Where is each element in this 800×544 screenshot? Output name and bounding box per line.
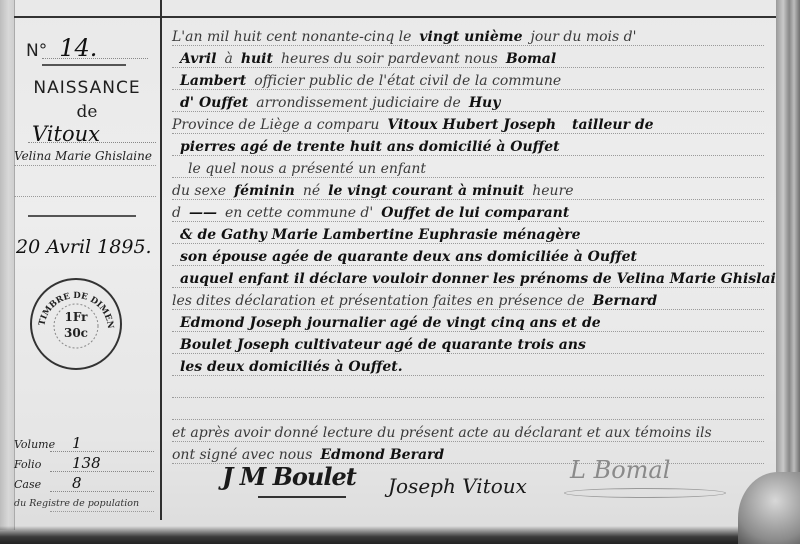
register-value: 138 <box>72 454 101 472</box>
body-line: les deux domiciliés à Ouffet. <box>172 356 764 378</box>
handwritten-text: auquel enfant il déclare vouloir donner … <box>180 271 795 287</box>
handwritten-text: d' Ouffet <box>180 95 248 111</box>
handwritten-text: Edmond Berard <box>320 447 444 463</box>
body-line: le quel nous a présenté un enfant <box>172 158 764 180</box>
register-volume: Volume 1 <box>14 438 156 451</box>
handwritten-text: son épouse agée de quarante deux ans dom… <box>180 249 637 265</box>
handwritten-text: Vitoux Hubert Joseph <box>387 117 556 133</box>
printed-text: Province de Liège a comparu <box>172 117 379 133</box>
stamp-value-centimes: 30c <box>32 326 120 340</box>
printed-text: du sexe <box>172 183 226 199</box>
body-line: d' Ouffetarrondissement judiciaire deHuy <box>172 92 764 114</box>
margin-column-rule <box>160 0 162 520</box>
handwritten-text: pierres agé de trente huit ans domicilié… <box>180 139 560 155</box>
signature-officer: L Bomal <box>570 456 670 484</box>
page-bottom-edge <box>0 526 800 544</box>
handwritten-text: —— <box>189 205 217 221</box>
signature-flourish <box>258 496 346 498</box>
printed-text: le quel nous a présenté un enfant <box>188 161 426 177</box>
dotted-line <box>14 196 156 197</box>
handwritten-text: tailleur de <box>572 117 654 133</box>
body-line: auquel enfant il déclare vouloir donner … <box>172 268 764 290</box>
printed-text: à <box>224 51 232 67</box>
body-line <box>172 400 764 422</box>
body-line: Edmond Joseph journalier agé de vingt ci… <box>172 312 764 334</box>
signature-witness: J M Boulet <box>222 462 356 491</box>
register-folio: Folio 138 <box>14 458 156 471</box>
acte-number-line <box>42 58 148 59</box>
printed-text: d <box>172 205 181 221</box>
body-line: les dites déclaration et présentation fa… <box>172 290 764 312</box>
handwritten-text: huit <box>241 51 273 67</box>
printed-text: L'an mil huit cent nonante-cinq le <box>172 29 411 45</box>
body-line: du sexefémininnéle vingt courant à minui… <box>172 180 764 202</box>
register-label: Case <box>14 478 41 491</box>
given-names-line <box>14 165 156 166</box>
body-line: L'an mil huit cent nonante-cinq levingt … <box>172 26 764 48</box>
record-body: L'an mil huit cent nonante-cinq levingt … <box>172 18 772 518</box>
register-footer: du Registre de population <box>14 498 139 509</box>
handwritten-text: le vingt courant à minuit <box>328 183 524 199</box>
body-line: son épouse agée de quarante deux ans dom… <box>172 246 764 268</box>
register-label: Folio <box>14 458 41 471</box>
margin-column: N°14. NAISSANCE de Vitoux Velina Marie G… <box>14 18 159 518</box>
handwritten-text: Huy <box>469 95 501 111</box>
printed-text: arrondissement judiciaire de <box>256 95 461 111</box>
register-label: Volume <box>14 438 55 451</box>
record-type-de: de <box>28 102 146 122</box>
handwritten-text: Boulet Joseph cultivateur agé de quarant… <box>180 337 586 353</box>
handwritten-text: vingt unième <box>419 29 522 45</box>
handwritten-text: féminin <box>234 183 295 199</box>
signature-declarant: Joseph Vitoux <box>388 474 527 498</box>
printed-text: né <box>303 183 320 199</box>
handwritten-text: Edmond Joseph journalier agé de vingt ci… <box>180 315 601 331</box>
printed-text: ont signé avec nous <box>172 447 312 463</box>
body-line: Boulet Joseph cultivateur agé de quarant… <box>172 334 764 356</box>
printed-text: heure <box>532 183 573 199</box>
body-line: & de Gathy Marie Lambertine Euphrasie mé… <box>172 224 764 246</box>
register-page: N°14. NAISSANCE de Vitoux Velina Marie G… <box>0 0 800 544</box>
body-line <box>172 378 764 400</box>
register-value: 1 <box>72 434 82 452</box>
signature-flourish <box>564 488 726 498</box>
handwritten-text: Avril <box>180 51 216 67</box>
child-given-names: Velina Marie Ghislaine <box>14 149 152 163</box>
body-line: et après avoir donné lecture du présent … <box>172 422 764 444</box>
handwritten-text: les deux domiciliés à Ouffet. <box>180 359 403 375</box>
body-line: d——en cette commune d'Ouffet de lui comp… <box>172 202 764 224</box>
handwritten-text: Bernard <box>593 293 658 309</box>
record-type-heading: NAISSANCE <box>28 78 146 98</box>
handwritten-text: Bomal <box>506 51 556 67</box>
printed-text: les dites déclaration et présentation fa… <box>172 293 585 309</box>
body-line: pierres agé de trente huit ans domicilié… <box>172 136 764 158</box>
margin-date: 20 Avril 1895. <box>16 236 152 258</box>
printed-text: officier public de l'état civil de la co… <box>254 73 561 89</box>
divider <box>42 64 126 66</box>
body-line: Lambertofficier public de l'état civil d… <box>172 70 764 92</box>
stamp-value-francs: 1Fr <box>32 310 120 324</box>
tax-stamp: TIMBRE DE DIMENSION 1Fr 30c <box>30 278 122 370</box>
printed-text: jour du mois d' <box>531 29 637 45</box>
surname-line <box>28 142 156 143</box>
book-binding <box>776 0 800 544</box>
previous-page-edge <box>0 0 15 530</box>
divider <box>28 215 136 217</box>
stamp-ring-text: TIMBRE DE DIMENSION <box>32 280 120 368</box>
printed-text: heures du soir pardevant nous <box>281 51 498 67</box>
printed-text: en cette commune d' <box>225 205 373 221</box>
handwritten-text: Ouffet de lui comparant <box>381 205 569 221</box>
body-line: Province de Liège a comparuVitoux Hubert… <box>172 114 764 136</box>
register-case: Case 8 <box>14 478 156 491</box>
printed-text: et après avoir donné lecture du présent … <box>172 425 712 441</box>
body-line: Avrilàhuitheures du soir pardevant nousB… <box>172 48 764 70</box>
register-value: 8 <box>72 474 82 492</box>
handwritten-text: & de Gathy Marie Lambertine Euphrasie mé… <box>180 227 581 243</box>
handwritten-text: Lambert <box>180 73 246 89</box>
